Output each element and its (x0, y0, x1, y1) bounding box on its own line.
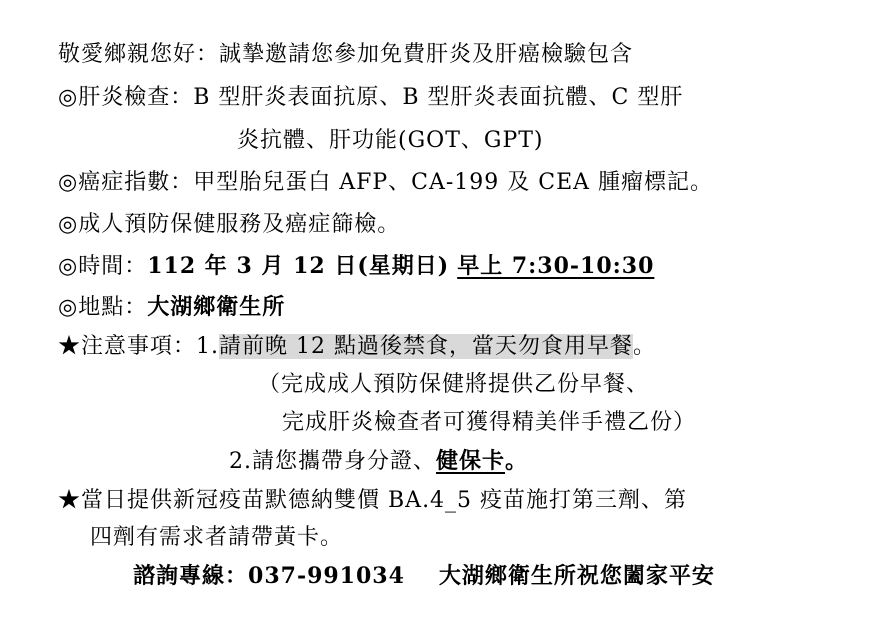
bullet-double-circle-icon: ◎ (58, 170, 78, 195)
footer-line: 諮詢專線：037-991034大湖鄉衛生所祝您闔家平安 (133, 561, 715, 591)
note-2-line: 2.請您攜帶身分證、健保卡。 (229, 446, 528, 477)
event-date: 112 年 3 月 12 日(星期日) (147, 253, 449, 279)
note-1-number: 1. (196, 334, 219, 359)
hotline-label: 諮詢專線： (133, 563, 248, 589)
location-label: 地點： (78, 295, 147, 320)
note-1-highlighted-text: 請前晚 12 點過後禁食，當天勿食用早餐 (219, 334, 633, 359)
notes-label: 注意事項： (81, 334, 196, 359)
vaccine-text-line-1: 當日提供新冠疫苗默德納雙價 BA.4_5 疫苗施打第三劑、第 (81, 488, 687, 513)
bullet-double-circle-icon: ◎ (58, 212, 78, 237)
greeting-line: 敬愛鄉親您好：誠摯邀請您參加免費肝炎及肝癌檢驗包含 (58, 40, 633, 70)
hotline-number: 037-991034 (248, 563, 405, 589)
bullet-double-circle-icon: ◎ (58, 85, 78, 110)
event-hours: 早上 7:30-10:30 (457, 253, 654, 279)
vaccine-text-line-2: 四劑有需求者請帶黃卡。 (90, 523, 343, 553)
vaccine-line: ★當日提供新冠疫苗默德納雙價 BA.4_5 疫苗施打第三劑、第 (58, 486, 687, 516)
blessing-text: 大湖鄉衛生所祝您闔家平安 (439, 563, 715, 589)
cancer-markers-line: ◎癌症指數：甲型胎兒蛋白 AFP、CA-199 及 CEA 腫瘤標記。 (58, 168, 713, 198)
note-1-end: 。 (633, 334, 656, 359)
hepatitis-test-line: ◎肝炎檢查：B 型肝炎表面抗原、B 型肝炎表面抗體、C 型肝 (58, 83, 683, 113)
cancer-markers-text: 癌症指數：甲型胎兒蛋白 AFP、CA-199 及 CEA 腫瘤標記。 (78, 170, 713, 195)
bullet-double-circle-icon: ◎ (58, 295, 78, 320)
adult-services-text: 成人預防保健服務及癌症篩檢。 (78, 212, 400, 237)
note-2-end: 。 (505, 448, 528, 474)
bullet-double-circle-icon: ◎ (58, 254, 78, 279)
note-2-text: 2.請您攜帶身分證、 (229, 449, 436, 474)
star-icon: ★ (58, 488, 81, 513)
star-icon: ★ (58, 334, 81, 359)
hepatitis-test-label: 肝炎檢查： (78, 85, 193, 110)
location-place: 大湖鄉衛生所 (147, 294, 285, 320)
hepatitis-test-continuation: 炎抗體、肝功能(GOT、GPT) (237, 126, 544, 156)
hepatitis-test-items: B 型肝炎表面抗原、B 型肝炎表面抗體、C 型肝 (193, 85, 683, 110)
note-1-sub-line-2: 完成肝炎檢查者可獲得精美伴手禮乙份） (282, 408, 696, 438)
time-label: 時間： (78, 254, 147, 279)
note-1-sub-line-1: （完成成人預防保健將提供乙份早餐、 (258, 370, 649, 400)
notes-line: ★注意事項：1.請前晚 12 點過後禁食，當天勿食用早餐。 (58, 332, 656, 362)
location-line: ◎地點：大湖鄉衛生所 (58, 292, 285, 323)
note-2-emphasis: 健保卡 (436, 448, 505, 474)
adult-services-line: ◎成人預防保健服務及癌症篩檢。 (58, 210, 400, 240)
health-screening-notice: 敬愛鄉親您好：誠摯邀請您參加免費肝炎及肝癌檢驗包含 ◎肝炎檢查：B 型肝炎表面抗… (0, 0, 875, 621)
time-line: ◎時間：112 年 3 月 12 日(星期日) 早上 7:30-10:30 (58, 251, 654, 282)
